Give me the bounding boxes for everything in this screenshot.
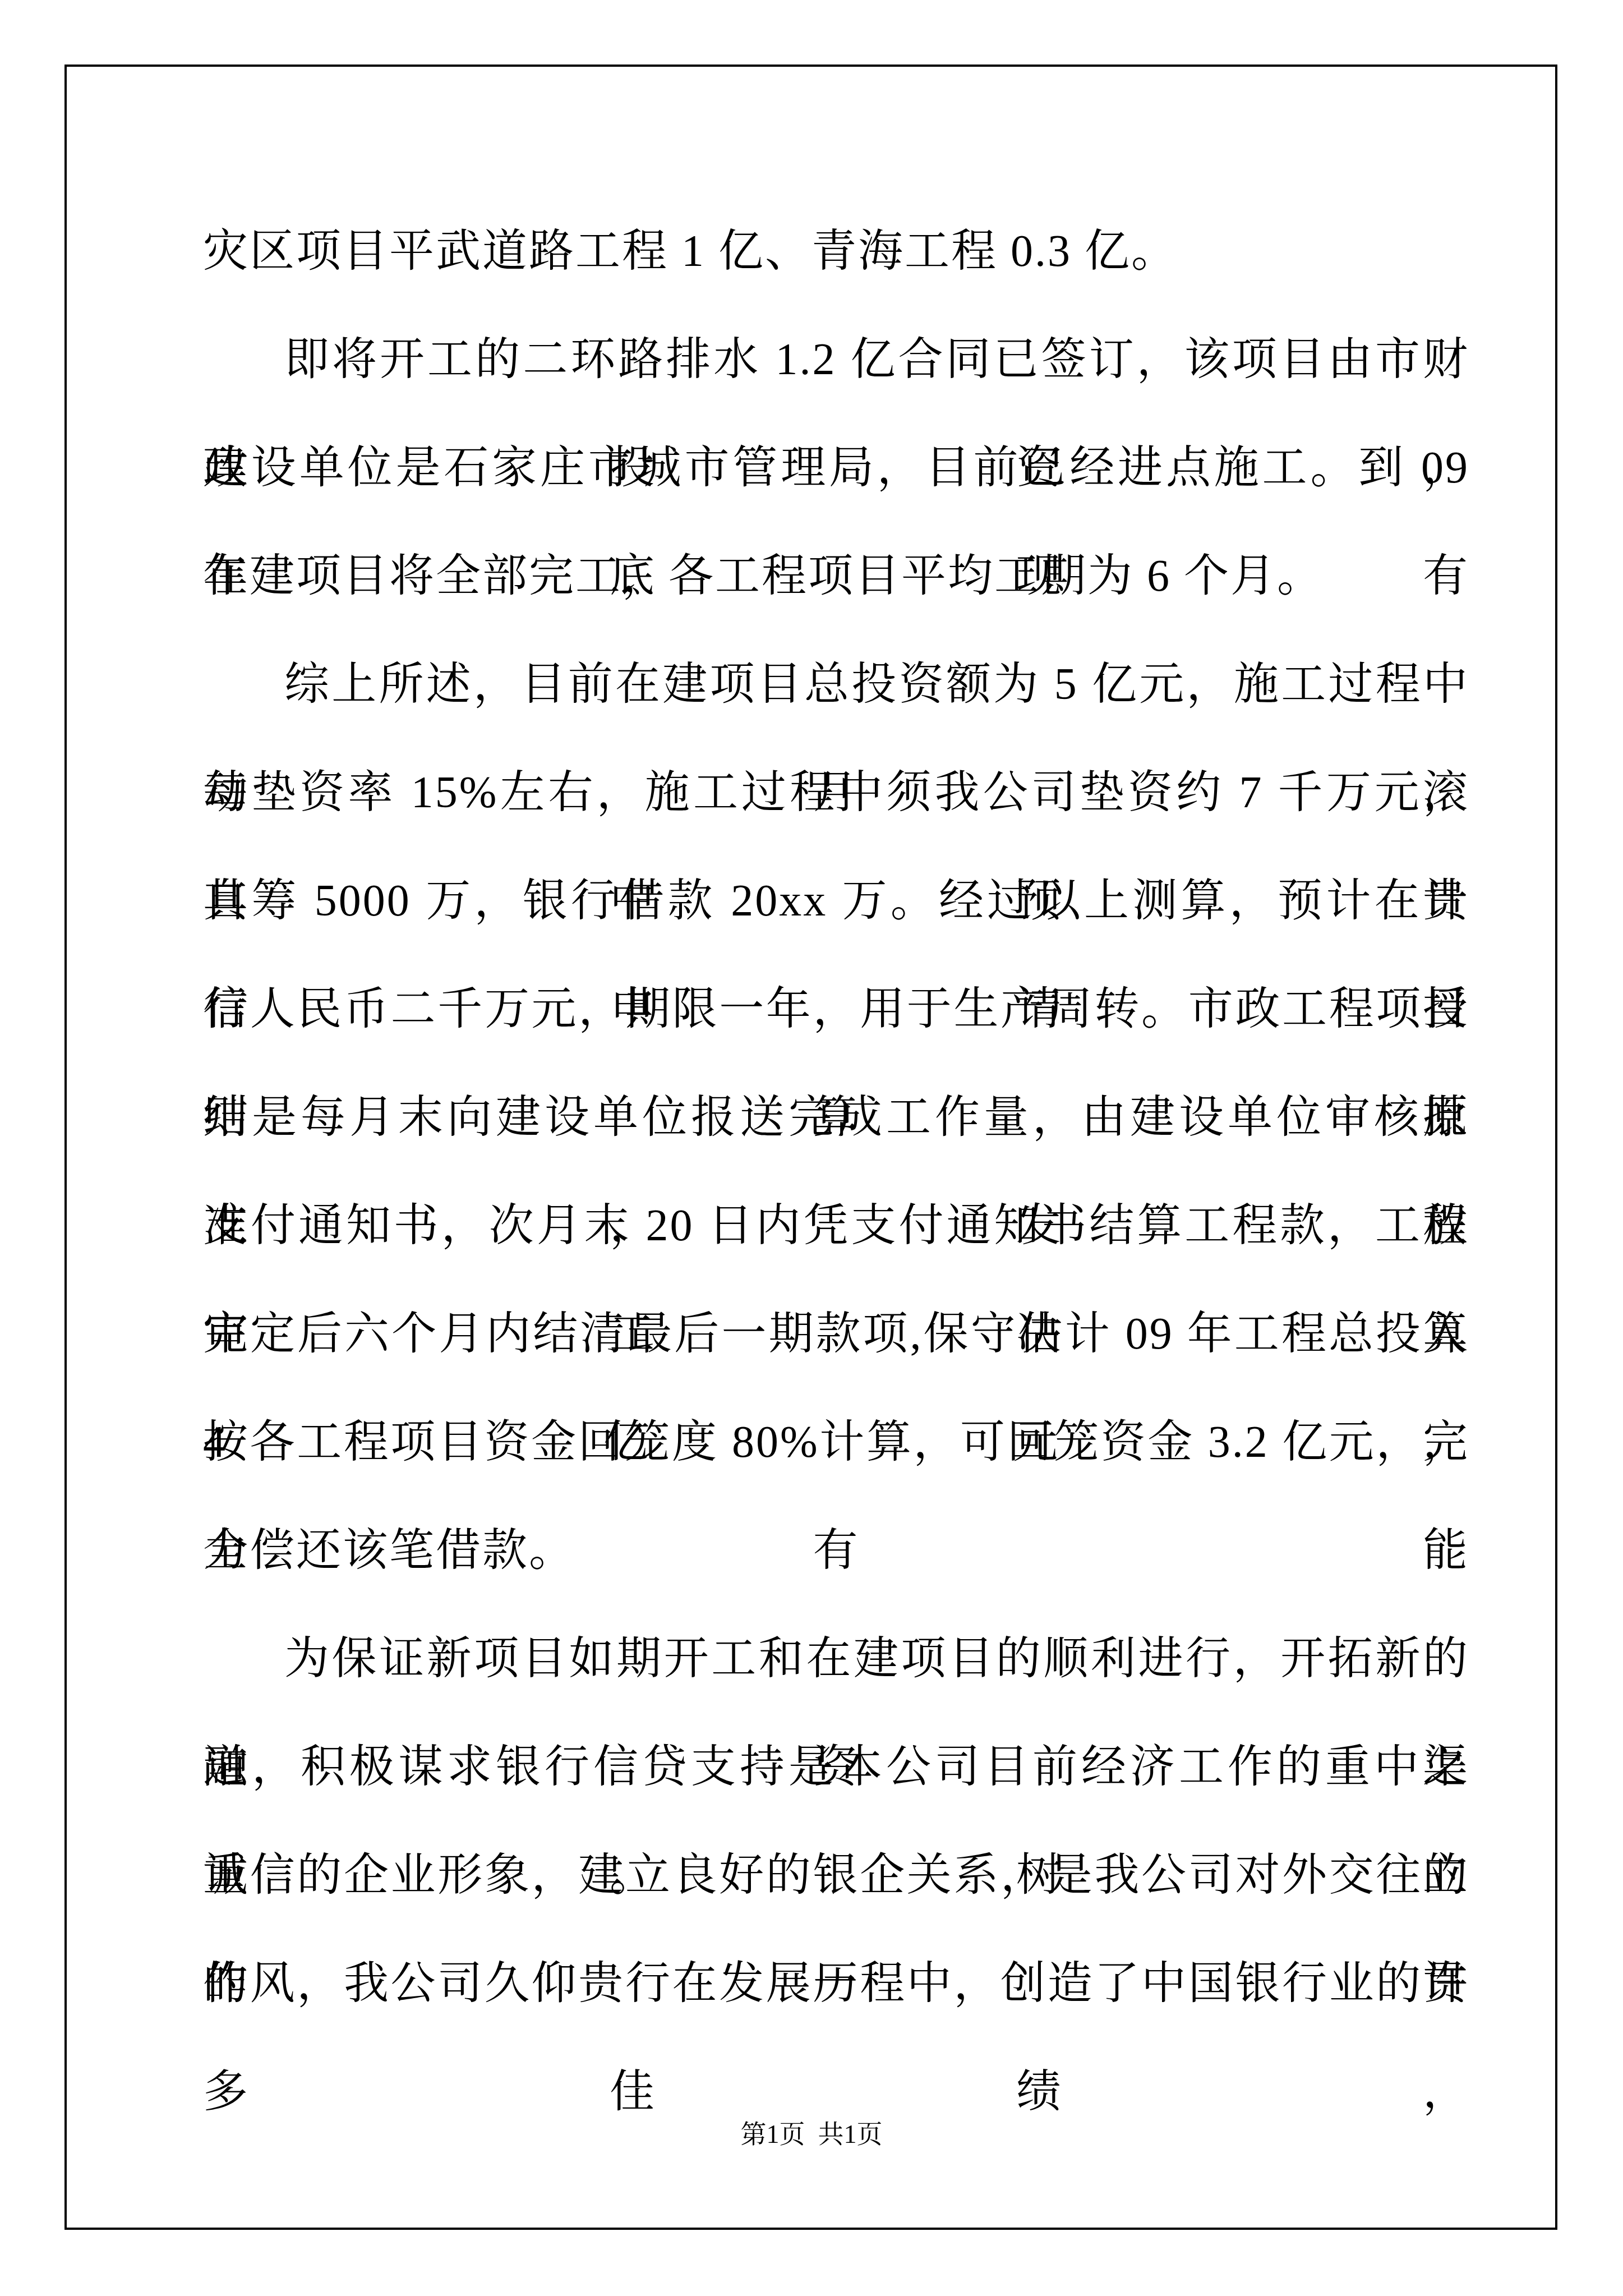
text-line: 在建项目将全部完工，各工程项目平均工期为 6 个月。	[203, 522, 1469, 631]
text-line: 即将开工的二环路排水 1.2 亿合同已签订，该项目由市财政投资，	[203, 306, 1469, 414]
text-line: 诚信的企业形象，建立良好的银企关系，是我公司对外交往的的一贯	[203, 1821, 1469, 1930]
text-line: 道，积极谋求银行信贷支持是本公司目前经济工作的重中之重。树立	[203, 1713, 1469, 1821]
text-line: 灾区项目平武道路工程 1 亿、青海工程 0.3 亿。	[203, 197, 1469, 306]
text-line: 信人民币二千万元，期限一年，用于生产周转。市政工程项目结算原	[203, 955, 1469, 1064]
text-line: 审定后六个月内结清最后一期款项,保守估计 09 年工程总投入 4 亿元，	[203, 1280, 1469, 1388]
text-line: 为保证新项目如期开工和在建项目的顺利进行，开拓新的融资渠	[203, 1605, 1469, 1713]
text-line: 则是每月末向建设单位报送完成工作量，由建设单位审核批准，发放	[203, 1064, 1469, 1172]
document-body: 灾区项目平武道路工程 1 亿、青海工程 0.3 亿。 即将开工的二环路排水 1.…	[203, 197, 1469, 2038]
text-line: 自筹 5000 万，银行借款 20xx 万。经过以上测算，预计在贵行申请授	[203, 847, 1469, 955]
text-line: 作风，我公司久仰贵行在发展历程中，创造了中国银行业的许多佳绩，	[203, 1930, 1469, 2038]
text-line: 支付通知书，次月末 20 日内凭支付通知书结算工程款，工程完工决算	[203, 1172, 1469, 1280]
text-line: 综上所述，目前在建项目总投资额为 5 亿元，施工过程中每月滚	[203, 631, 1469, 739]
text-line: 动垫资率 15%左右，施工过程中须我公司垫资约 7 千万元，其中预计	[203, 739, 1469, 847]
text-line: 建设单位是石家庄市城市管理局，目前已经进点施工。到 09 年底现有	[203, 414, 1469, 522]
text-line: 按各工程项目资金回笼度 80%计算，可回笼资金 3.2 亿元，完全有能	[203, 1388, 1469, 1497]
page-number: 第1页 共1页	[0, 2118, 1623, 2151]
document-page: 灾区项目平武道路工程 1 亿、青海工程 0.3 亿。 即将开工的二环路排水 1.…	[0, 0, 1623, 2296]
